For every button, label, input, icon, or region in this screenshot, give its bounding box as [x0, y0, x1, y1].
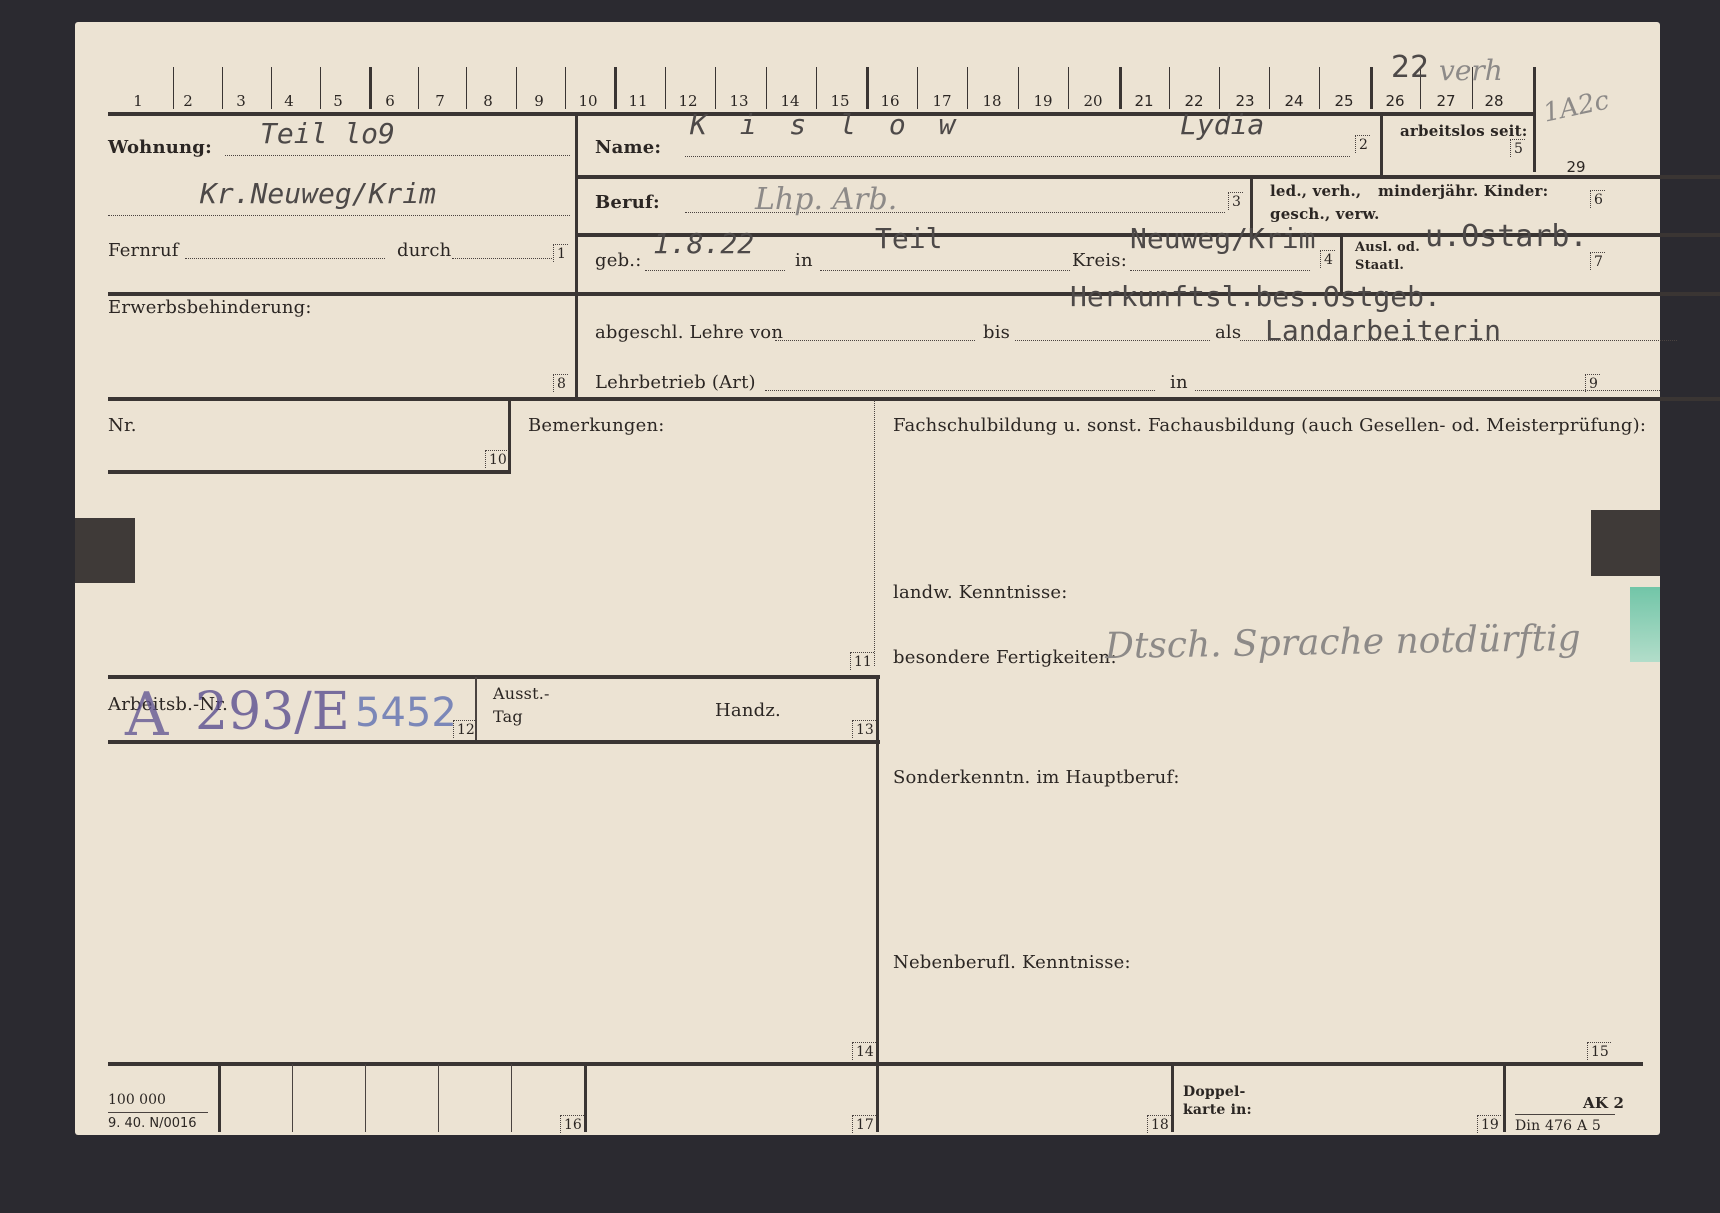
- din-format: Din 476 A 5: [1515, 1118, 1601, 1134]
- ruler-number: 26: [1380, 92, 1410, 110]
- via-label: durch: [397, 240, 451, 261]
- ruler-number-29: 29: [1561, 158, 1591, 176]
- ruler-number: 25: [1329, 92, 1359, 110]
- field-number-4: 4: [1320, 250, 1335, 268]
- ruler-number: 7: [425, 92, 455, 110]
- stamp-prefix: A: [125, 680, 168, 750]
- ruler-number: 9: [524, 92, 554, 110]
- nationality-typed[interactable]: u.Ostarb.: [1425, 219, 1588, 254]
- ruler-number: 18: [977, 92, 1007, 110]
- ruler-number: 3: [226, 92, 256, 110]
- field-number-16: 16: [560, 1115, 584, 1133]
- vocational-training-label: Fachschulbildung u. sonst. Fachausbildun…: [893, 415, 1646, 436]
- special-skills-label: besondere Fertigkeiten:: [893, 647, 1117, 668]
- green-crayon-mark: [1630, 587, 1660, 662]
- unemployed-label: arbeitslos seit:: [1400, 122, 1527, 140]
- marital-status-line2: gesch., verw.: [1270, 205, 1380, 223]
- field-number-11: 11: [850, 652, 874, 670]
- disability-label: Erwerbsbehinderung:: [108, 297, 312, 318]
- apprenticeship-as-label: als: [1215, 322, 1241, 343]
- given-name-value[interactable]: Lydia: [1180, 108, 1264, 141]
- phone-label: Fernruf: [108, 240, 179, 261]
- field-number-7: 7: [1590, 252, 1605, 270]
- birth-place-label: in: [795, 250, 813, 271]
- origin-note[interactable]: Herkunftsl.bes.Ostgeb.: [1070, 280, 1441, 313]
- card-tab-right: [1591, 510, 1660, 576]
- special-skills-value[interactable]: Dtsch. Sprache notdürftig: [1105, 618, 1581, 667]
- main-occupation-knowledge-label: Sonderkenntn. im Hauptberuf:: [893, 767, 1180, 788]
- remarks-label: Bemerkungen:: [528, 415, 665, 436]
- ruler-number: 28: [1479, 92, 1509, 110]
- duplicate-label-2: karte in:: [1183, 1102, 1252, 1118]
- form-id: AK 2: [1583, 1094, 1624, 1112]
- ruler-number: 10: [573, 92, 603, 110]
- birth-place-value[interactable]: Teil: [875, 222, 942, 255]
- ruler-number: 4: [274, 92, 304, 110]
- ruler-number: 5: [323, 92, 353, 110]
- ruler-number: 2: [173, 92, 203, 110]
- birth-date-label: geb.:: [595, 250, 641, 271]
- address-label: Wohnung:: [108, 137, 212, 158]
- field-number-14: 14: [852, 1042, 876, 1060]
- ruler-number: 1: [123, 92, 153, 110]
- address-line2[interactable]: Kr.Neuweg/Krim: [200, 177, 436, 210]
- company-in-label: in: [1170, 372, 1188, 393]
- print-run: 100 000: [108, 1092, 166, 1108]
- corner-code: 1A2c: [1541, 85, 1612, 128]
- issued-day-label: Tag: [493, 707, 523, 726]
- address-line1[interactable]: Teil lo9: [260, 117, 395, 150]
- ruler-number: 24: [1279, 92, 1309, 110]
- field-number-17: 17: [852, 1115, 876, 1133]
- marital-status-line1: led., verh.,: [1270, 182, 1361, 200]
- birth-date-value[interactable]: 1.8.22: [653, 227, 754, 260]
- field-number-1: 1: [553, 244, 568, 262]
- apprenticeship-from-label: abgeschl. Lehre von: [595, 322, 783, 343]
- stamp-number: 293/E: [195, 682, 350, 742]
- field-number-6: 6: [1590, 190, 1605, 208]
- ruler-number: 27: [1431, 92, 1461, 110]
- field-number-15: 15: [1587, 1042, 1611, 1060]
- nationality-label-1: Ausl. od.: [1355, 240, 1420, 255]
- signature-label: Handz.: [715, 700, 781, 721]
- issued-label: Ausst.-: [493, 684, 550, 703]
- occupation-value[interactable]: Lhp. Arb.: [755, 182, 897, 217]
- district-label: Kreis:: [1072, 250, 1127, 271]
- children-label: minderjähr. Kinder:: [1378, 182, 1548, 200]
- duplicate-label-1: Doppel-: [1183, 1084, 1246, 1100]
- ruler-number: 20: [1078, 92, 1108, 110]
- ruler-number: 6: [375, 92, 405, 110]
- apprenticeship-as-value[interactable]: Landarbeiterin: [1265, 314, 1501, 347]
- company-label: Lehrbetrieb (Art): [595, 372, 756, 393]
- surname-value[interactable]: K i s l o w: [690, 108, 963, 141]
- field-number-5: 5: [1510, 139, 1525, 157]
- name-label: Name:: [595, 137, 661, 158]
- field-number-8: 8: [553, 374, 568, 392]
- field-number-19: 19: [1477, 1115, 1501, 1133]
- annotation-verh: verh: [1439, 54, 1503, 87]
- apprenticeship-until-label: bis: [983, 322, 1010, 343]
- agricultural-knowledge-label: landw. Kenntnisse:: [893, 582, 1068, 603]
- card-tab-left: [75, 518, 135, 583]
- nationality-label-2: Staatl.: [1355, 258, 1404, 273]
- ruler-number: 19: [1028, 92, 1058, 110]
- side-occupation-knowledge-label: Nebenberufl. Kenntnisse:: [893, 952, 1131, 973]
- ruler-number: 8: [473, 92, 503, 110]
- field-number-18: 18: [1147, 1115, 1171, 1133]
- stamp-suffix: 5452: [355, 690, 457, 736]
- field-number-3: 3: [1228, 192, 1243, 210]
- print-code: 9. 40. N/0016: [108, 1116, 197, 1131]
- field-number-10: 10: [485, 450, 509, 468]
- field-number-12: 12: [453, 720, 477, 738]
- field-number-9: 9: [1585, 374, 1600, 392]
- ruler-number: 21: [1129, 92, 1159, 110]
- ruler-number: 11: [623, 92, 653, 110]
- annotation-22: 22: [1391, 50, 1429, 85]
- field-number-2: 2: [1355, 135, 1370, 153]
- field-number-13: 13: [852, 720, 876, 738]
- number-label: Nr.: [108, 415, 137, 436]
- occupation-label: Beruf:: [595, 192, 660, 213]
- registration-card: 1 2 3 4 5 6 7 8 9 10 11 12 13 14 15 16 1…: [75, 22, 1660, 1135]
- district-value[interactable]: Neuweg/Krim: [1130, 222, 1315, 255]
